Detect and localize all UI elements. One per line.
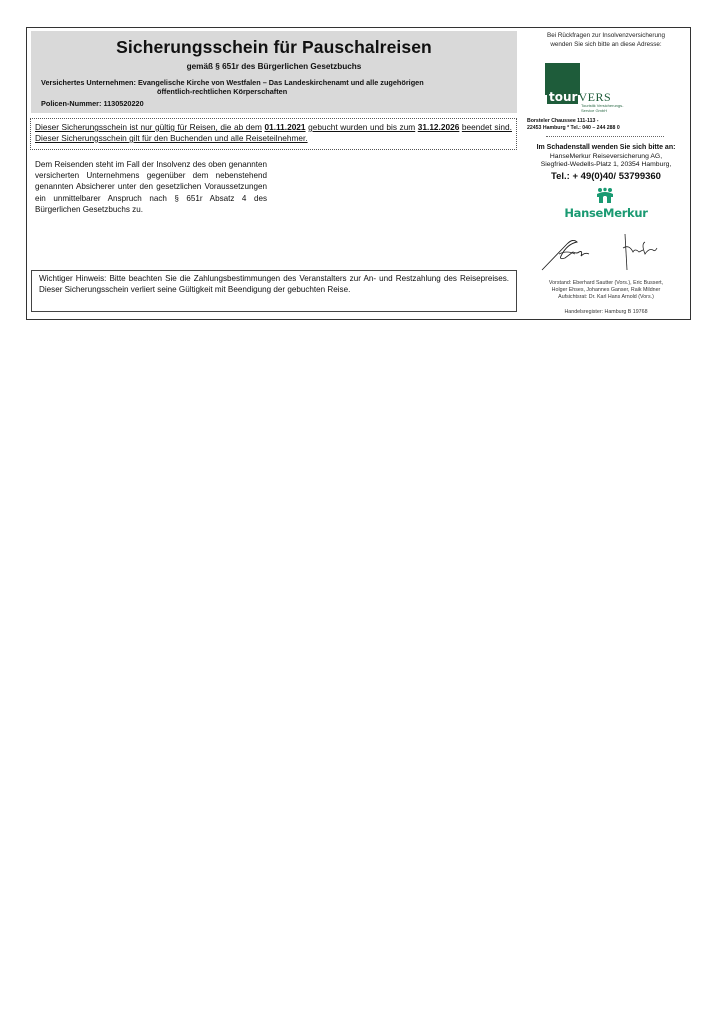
logo-sub-line2: Service GmbH (581, 108, 641, 113)
insured-name-line2: öffentlich-rechtlichen Körperschaften (41, 87, 424, 96)
important-hint: Wichtiger Hinweis: Bitte beachten Sie di… (31, 270, 517, 312)
board-info: Vorstand: Eberhard Sautter (Vors.), Eric… (522, 280, 690, 300)
policy-label: Policen-Nummer: (41, 99, 101, 108)
address-line1: Borsteler Chaussee 111-113 - (527, 118, 620, 125)
contact-intro: Bei Rückfragen zur Insolvenzversicherung… (522, 32, 690, 49)
insured-company: Versichertes Unternehmen: Evangelische K… (41, 78, 424, 96)
insurer-phone: Tel.: + 49(0)40/ 53799360 (522, 171, 690, 182)
commercial-register: Handelsregister: Hamburg B 19768 (522, 309, 690, 315)
board-line3: Aufsichtsrat: Dr. Karl Hans Arnold (Vors… (522, 294, 690, 301)
address-line2: 22453 Hamburg * Tel.: 040 – 244 288 0 (527, 125, 620, 132)
dotted-separator (546, 136, 664, 137)
board-line2: Holger Ehses, Johannes Ganser, Raik Mild… (522, 287, 690, 294)
certificate-header: Sicherungsschein für Pauschalreisen gemä… (31, 31, 517, 113)
insurer-address: Siegfried-Wedells-Platz 1, 20354 Hamburg… (522, 161, 690, 169)
hansemerkur-people-icon (596, 187, 614, 203)
claim-paragraph: Dem Reisenden steht im Fall der Insolven… (35, 159, 267, 215)
signatures (537, 230, 677, 272)
validity-notice: Dieser Sicherungsschein ist nur gültig f… (30, 118, 517, 150)
policy-number: Policen-Nummer: 1130520220 (41, 99, 144, 108)
document-title: Sicherungsschein für Pauschalreisen (31, 37, 517, 58)
contact-intro-line1: Bei Rückfragen zur Insolvenzversicherung (522, 32, 690, 41)
document-subtitle: gemäß § 651r des Bürgerlichen Gesetzbuch… (31, 62, 517, 71)
policy-value: 1130520220 (103, 99, 143, 108)
logo-vers: VERS (578, 90, 611, 104)
validity-date-from: 01.11.2021 (264, 122, 305, 132)
board-line1: Vorstand: Eberhard Sautter (Vors.), Eric… (522, 280, 690, 287)
validity-text-b: gebucht wurden und bis zum (308, 122, 415, 132)
damage-heading: Im Schadenstall wenden Sie sich bitte an… (522, 144, 690, 151)
tourvers-subtitle: Touristik Versicherungs- Service GmbH (581, 103, 641, 113)
validity-text-a: Dieser Sicherungsschein ist nur gültig f… (35, 122, 262, 132)
insured-label: Versichertes Unternehmen: (41, 78, 136, 87)
tourvers-logo: tourVERS (547, 90, 611, 104)
contact-intro-line2: wenden Sie sich bitte an diese Adresse: (522, 41, 690, 50)
validity-date-to: 31.12.2026 (418, 122, 460, 132)
logo-tour: tour (547, 90, 578, 104)
insurer-name: HanseMerkur Reiseversicherung AG, (522, 153, 690, 161)
tourvers-address: Borsteler Chaussee 111-113 - 22453 Hambu… (527, 118, 620, 132)
hansemerkur-logo: HanseMerkur (522, 206, 690, 220)
insured-name-line1: Evangelische Kirche von Westfalen – Das … (138, 78, 424, 87)
